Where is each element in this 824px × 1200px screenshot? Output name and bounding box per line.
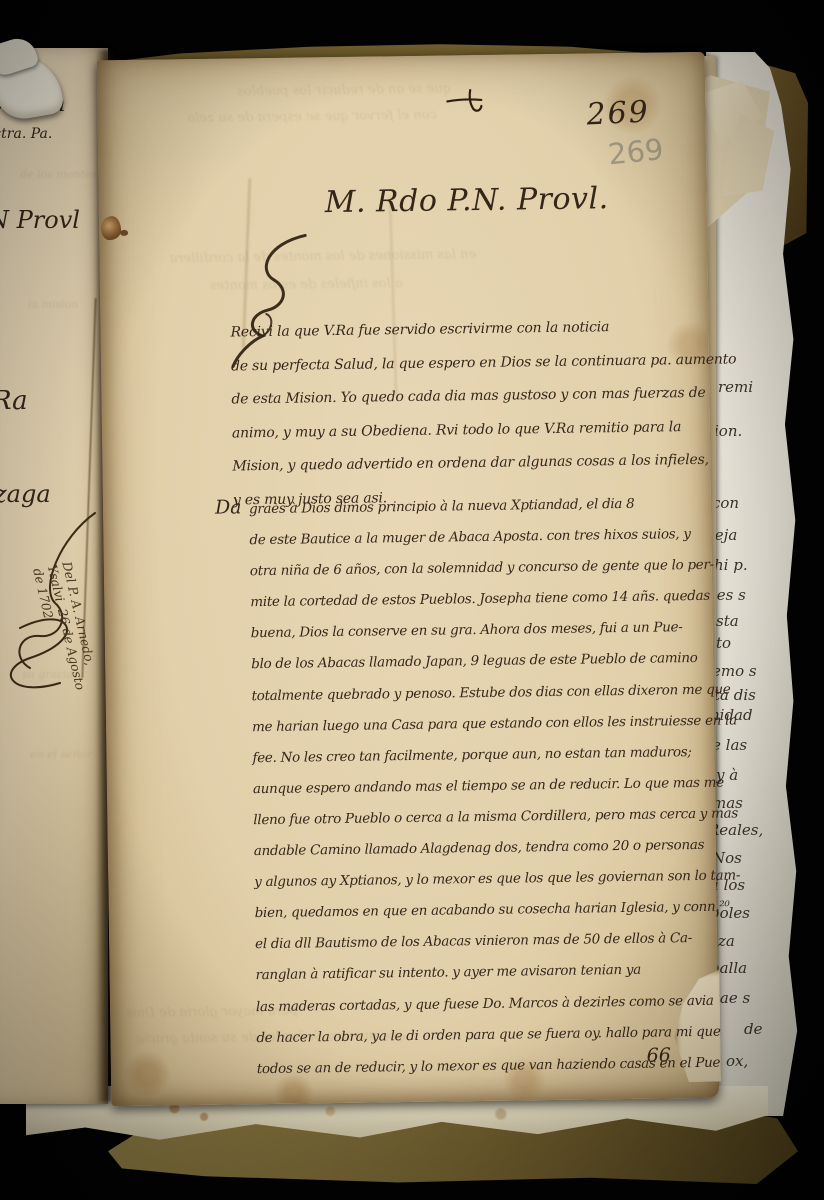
page-number-bottom: 66 [647, 1044, 671, 1066]
right-page-text-fragment: ox, [726, 1052, 748, 1070]
right-page-text-fragment: remi [718, 378, 753, 396]
left-page-fragment: Mision stra. Pa. N Provl Ra zaga Del P. … [0, 48, 108, 1104]
signature-fragment: Ra [0, 386, 28, 416]
show-through-line: en el señor [30, 748, 92, 761]
letter-paragraph-2: graès à Dios dimos principio à la nueva … [249, 488, 727, 1085]
wax-seal-spot [120, 230, 128, 236]
left-page-text-fragment: N Provl [0, 206, 80, 234]
cross-mark-icon [445, 87, 485, 114]
show-through-line: su gracia [22, 668, 73, 681]
letter-paragraph-1: Recivi la que V.Ra fue servido escrivirm… [230, 310, 715, 518]
letter-line: Mision, y quedo advertido en ordena dar … [232, 444, 714, 484]
show-through-line: en las missiones de los montes de la cor… [169, 247, 476, 266]
signature-fragment: zaga [0, 480, 51, 508]
show-through-line: con el fervor que se espera de su zelo [187, 108, 436, 126]
folio-number-pencil: 269 [606, 132, 665, 171]
show-through-line: de los montes [20, 168, 97, 181]
wax-seal-spot [101, 216, 121, 240]
show-through-line: la mision [28, 298, 78, 311]
show-through-line: que se an de reducir los pueblos [237, 81, 451, 99]
manuscript-photo: remi ion. con leja hi p. les s sta tto e… [0, 0, 824, 1200]
left-page-text-fragment: stra. Pa. [0, 126, 52, 142]
right-page-text-fragment: ion. [714, 422, 742, 440]
paragraph-margin-mark: Dà [215, 496, 242, 518]
manuscript-main-page: que se an de reducir los pueblos con el … [97, 52, 720, 1106]
folio-number-ink: 269 [586, 94, 651, 132]
salutation-line: M. Rdo P.N. Provl. [324, 181, 608, 220]
